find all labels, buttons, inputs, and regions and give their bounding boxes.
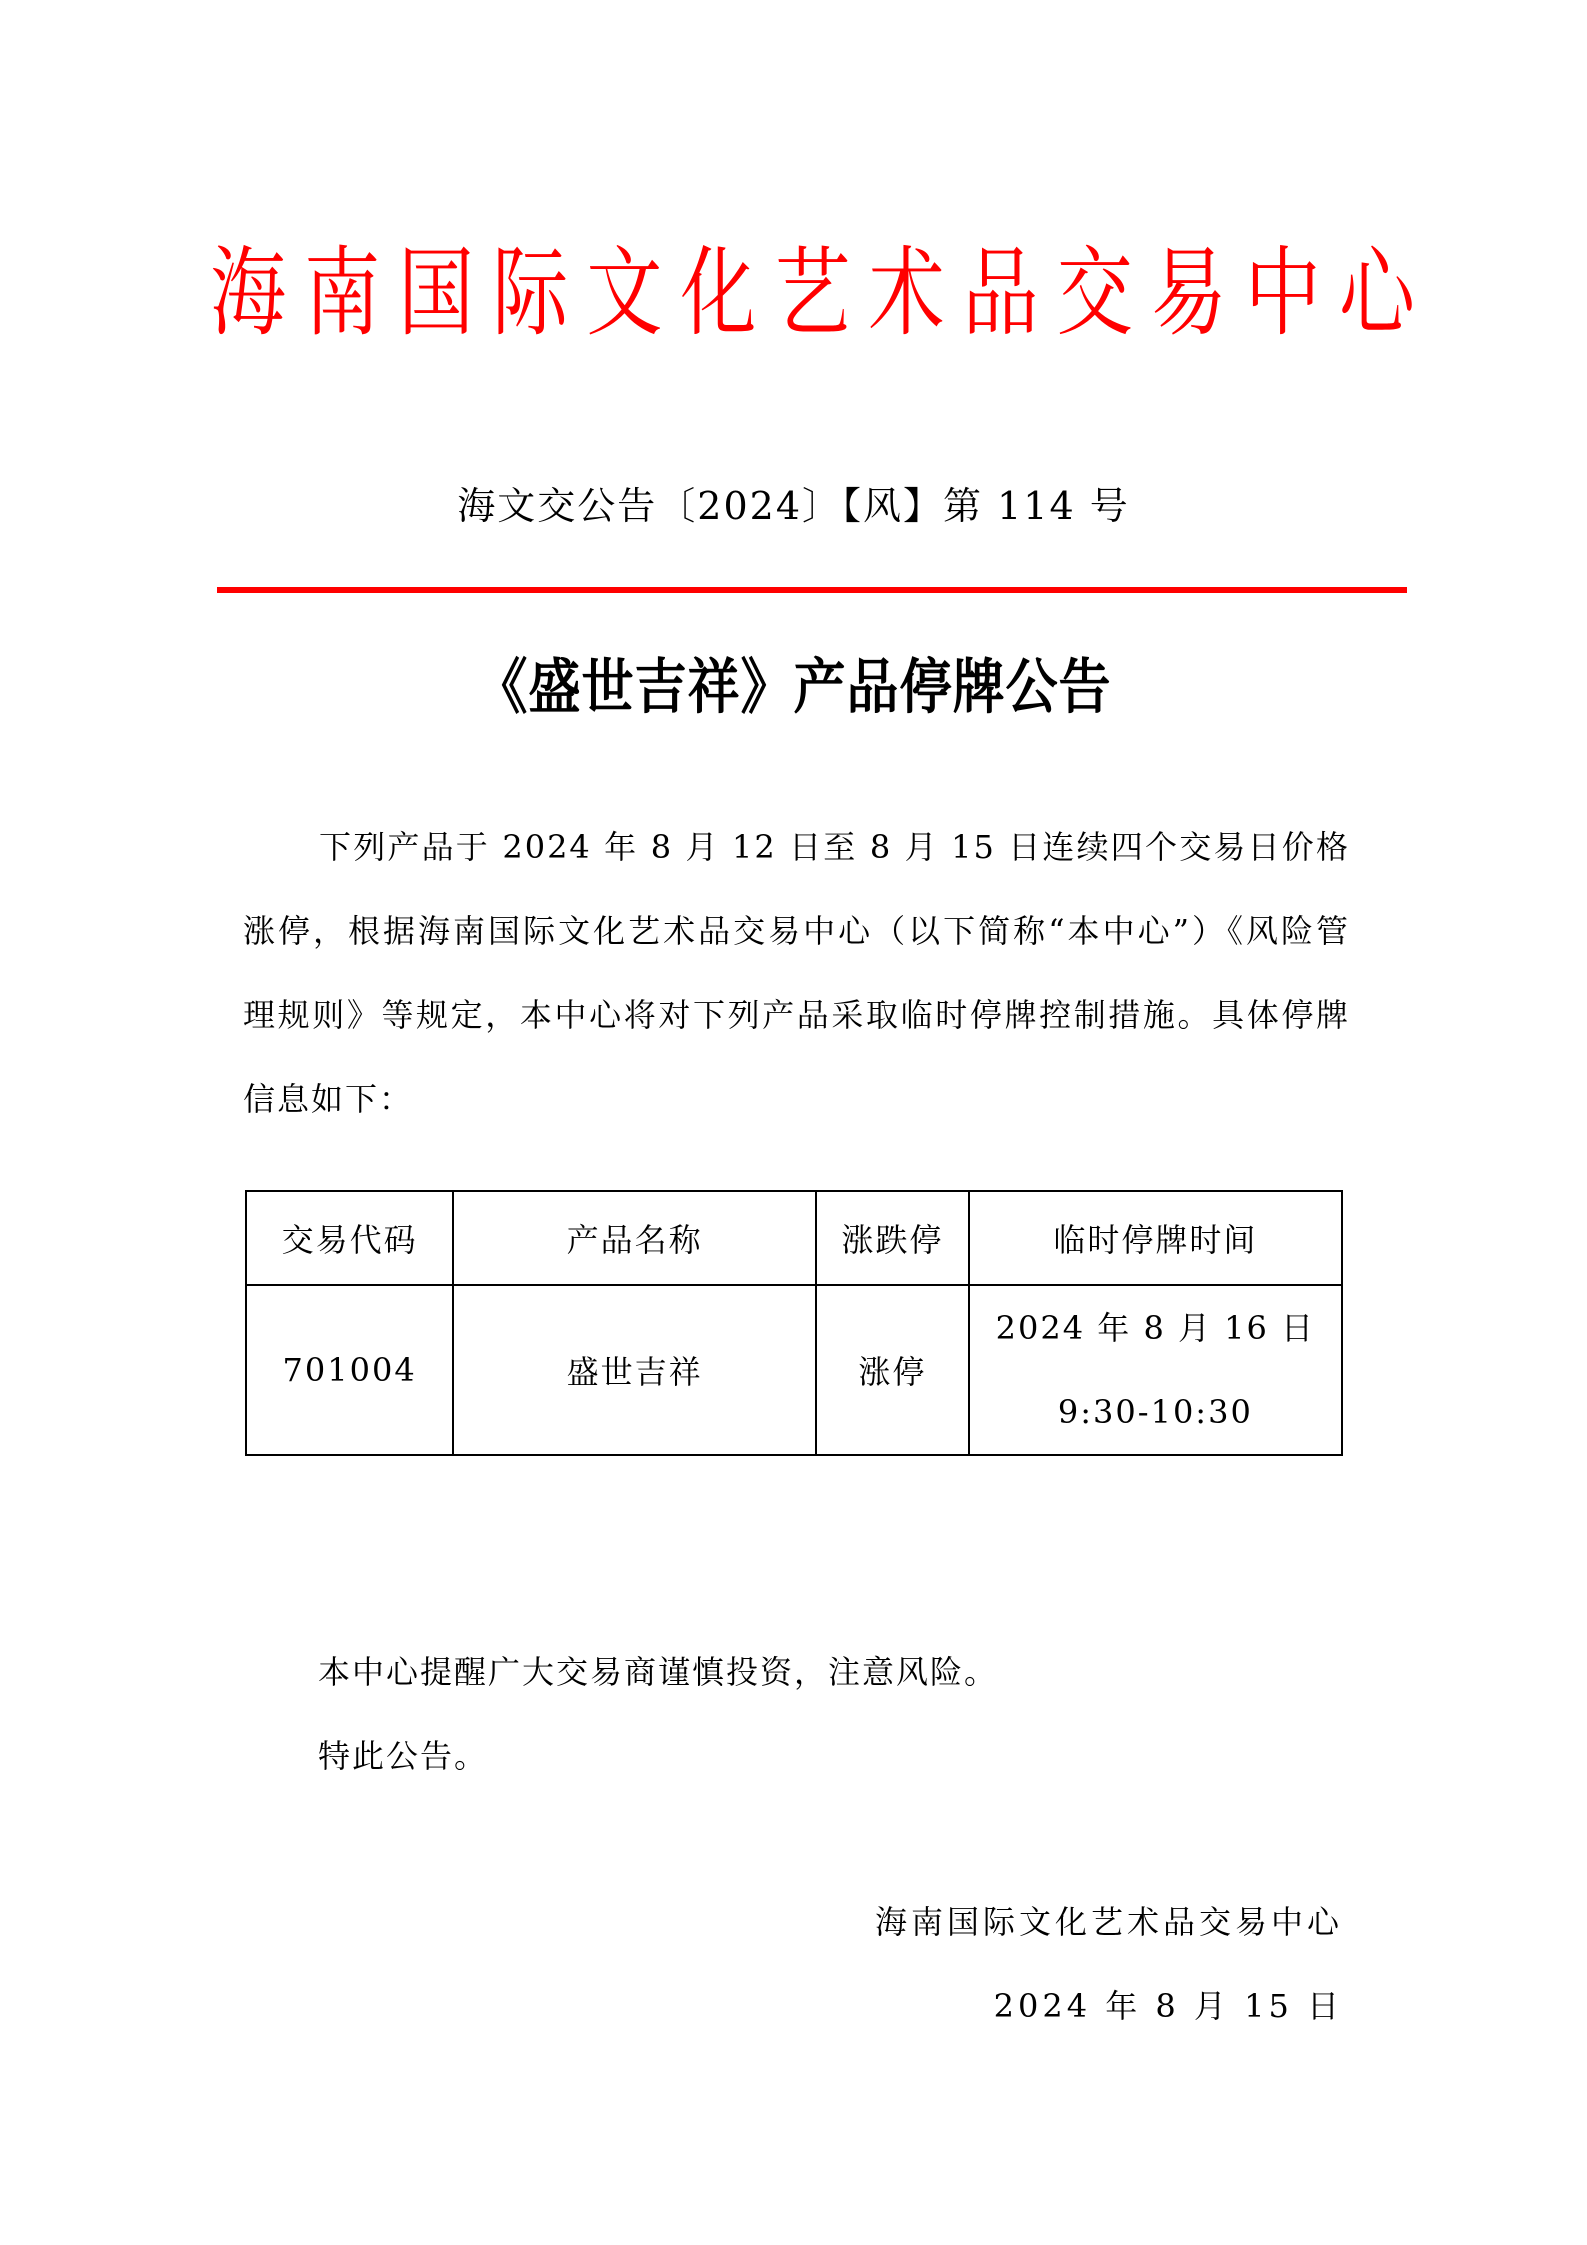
table-row: 701004 盛世吉祥 涨停 2024 年 8 月 16 日 9:30-10:3…: [246, 1285, 1342, 1455]
org-char: 际: [492, 223, 568, 364]
org-char: 心: [1339, 223, 1415, 364]
halt-time-range: 9:30-10:30: [970, 1370, 1341, 1454]
header-halt-time: 临时停牌时间: [969, 1191, 1342, 1285]
organization-header: 海 南 国 际 文 化 艺 术 品 交 易 中 心: [210, 238, 1415, 348]
cell-product-name: 盛世吉祥: [453, 1285, 816, 1455]
org-char: 南: [304, 223, 380, 364]
cell-halt-time: 2024 年 8 月 16 日 9:30-10:30: [969, 1285, 1342, 1455]
org-char: 中: [1245, 223, 1321, 364]
org-char: 交: [1057, 223, 1133, 364]
notice-statement: 特此公告。: [318, 1714, 998, 1798]
org-char: 品: [963, 223, 1039, 364]
document-page: 海 南 国 际 文 化 艺 术 品 交 易 中 心 海文交公告〔2024〕【风】…: [0, 0, 1587, 2245]
document-title: 《盛世吉祥》产品停牌公告: [0, 644, 1587, 731]
org-char: 化: [680, 223, 756, 364]
header-product-name: 产品名称: [453, 1191, 816, 1285]
org-char: 国: [398, 223, 474, 364]
org-char: 海: [210, 223, 286, 364]
red-divider: [217, 587, 1407, 593]
document-number: 海文交公告〔2024〕【风】第 114 号: [0, 478, 1587, 534]
risk-reminder: 本中心提醒广大交易商谨慎投资，注意风险。: [318, 1630, 998, 1714]
halt-info-table: 交易代码 产品名称 涨跌停 临时停牌时间 701004 盛世吉祥 涨停 2024…: [245, 1190, 1343, 1456]
header-limit-status: 涨跌停: [816, 1191, 969, 1285]
cell-trade-code: 701004: [246, 1285, 453, 1455]
cell-limit-status: 涨停: [816, 1285, 969, 1455]
body-paragraph: 下列产品于 2024 年 8 月 12 日至 8 月 15 日连续四个交易日价格…: [243, 805, 1350, 1141]
org-char: 术: [869, 223, 945, 364]
signature-date: 2024 年 8 月 15 日: [875, 1964, 1343, 2048]
signature-block: 海南国际文化艺术品交易中心 2024 年 8 月 15 日: [875, 1880, 1343, 2048]
org-char: 艺: [774, 223, 850, 364]
header-trade-code: 交易代码: [246, 1191, 453, 1285]
signature-organization: 海南国际文化艺术品交易中心: [875, 1880, 1343, 1964]
table-header-row: 交易代码 产品名称 涨跌停 临时停牌时间: [246, 1191, 1342, 1285]
closing-section: 本中心提醒广大交易商谨慎投资，注意风险。 特此公告。: [318, 1630, 998, 1798]
halt-date: 2024 年 8 月 16 日: [970, 1286, 1341, 1370]
org-char: 易: [1151, 223, 1227, 364]
org-char: 文: [586, 223, 662, 364]
